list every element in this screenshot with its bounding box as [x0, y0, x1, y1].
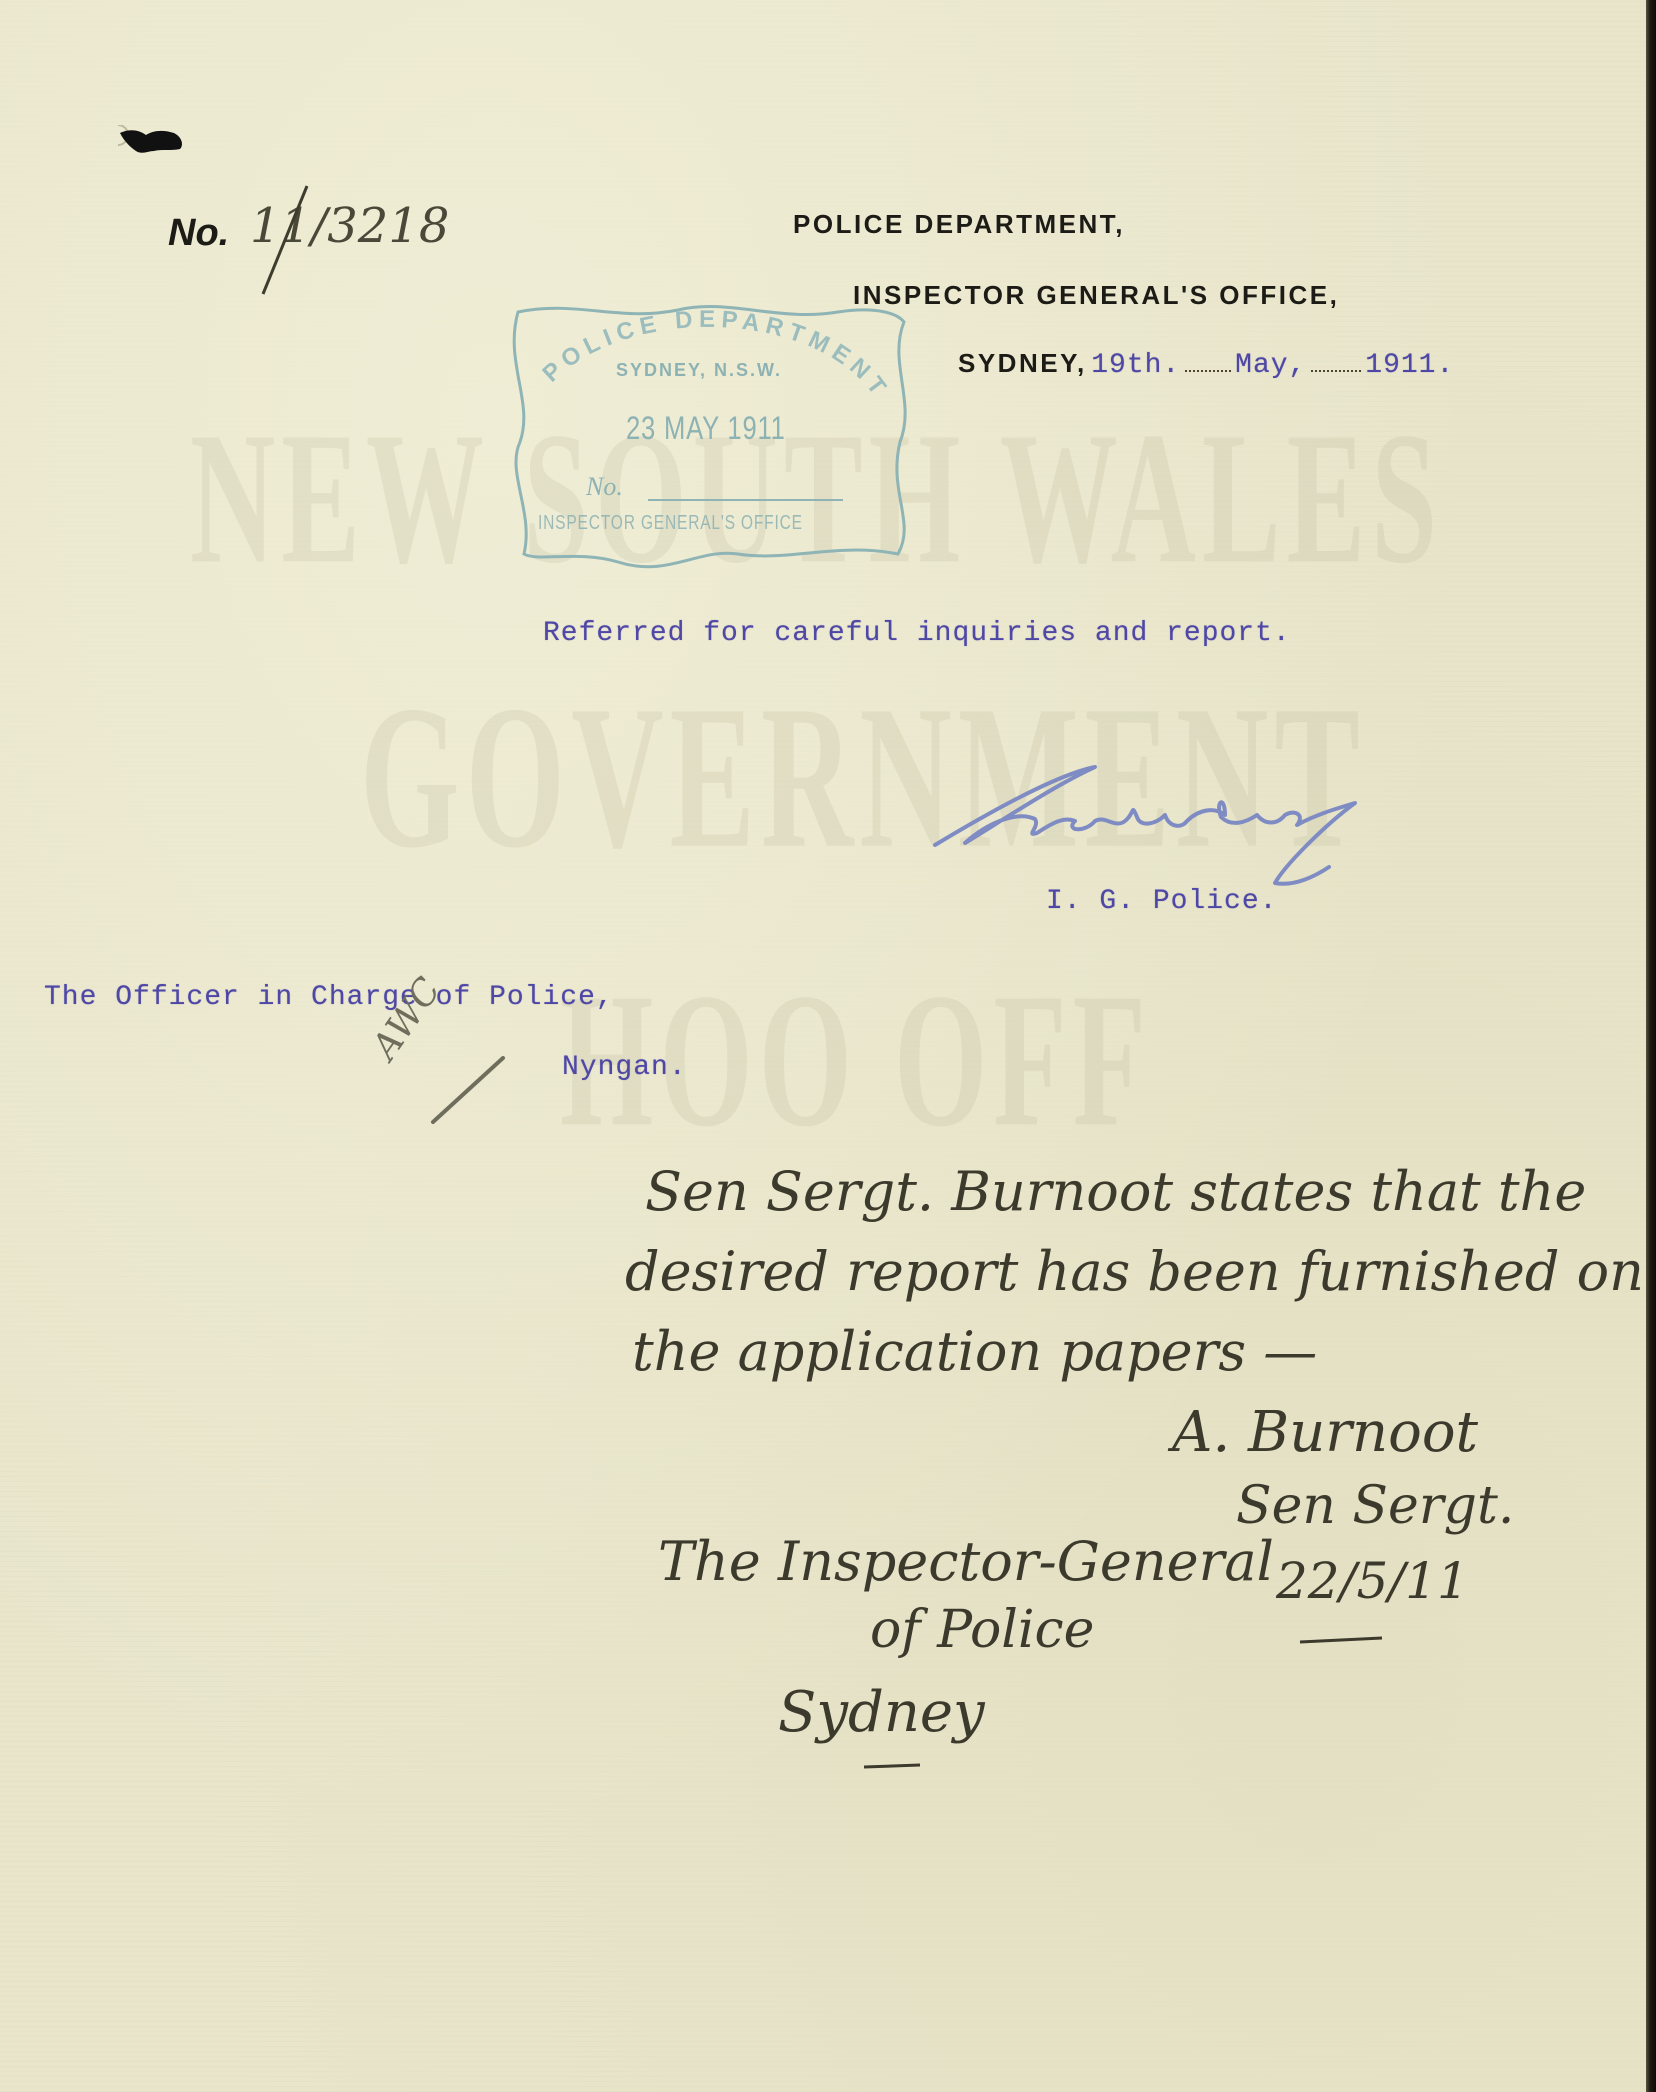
letterhead-date-line: SYDNEY, 19th. May, 1911.: [958, 348, 1454, 381]
document-page: NEW SOUTH WALES GOVERNMENT HOO OFF No. 1…: [0, 0, 1646, 2092]
letterhead-date-day: 19th.: [1091, 350, 1180, 381]
stamp-footer: INSPECTOR GENERAL'S OFFICE: [538, 512, 803, 535]
reply-signature-name: A. Burnoot: [1172, 1400, 1478, 1465]
reply-date: 22/5/11: [1276, 1552, 1469, 1610]
stamp-date: 23 MAY 1911: [626, 410, 786, 447]
date-underline-icon: [1296, 1630, 1396, 1650]
recipient-line-2: of Police: [870, 1600, 1094, 1660]
addressee-line-1: The Officer in Charge of Police,: [44, 982, 614, 1013]
file-number-label: No.: [168, 212, 229, 255]
received-stamp: POLICE DEPARTMENT SYDNEY, N.S.W. 23 MAY …: [498, 292, 918, 574]
page-edge-shadow: [1646, 0, 1656, 2092]
recipient-underline-icon: [860, 1755, 940, 1785]
letterhead-date-month: May,: [1235, 350, 1306, 381]
stamp-number-label: No.: [586, 472, 623, 502]
file-number-slash-icon: [255, 182, 315, 302]
dotted-leader: [1311, 370, 1361, 372]
initials-stroke-icon: [425, 1050, 515, 1130]
recipient-line-1: The Inspector-General: [658, 1530, 1274, 1593]
addressee-line-2: Nyngan.: [562, 1052, 687, 1083]
instruction-text: Referred for careful inquiries and repor…: [543, 618, 1291, 649]
ig-signature-icon: [925, 755, 1425, 905]
reply-line-3: the application papers —: [632, 1320, 1317, 1383]
stamp-location: SYDNEY, N.S.W.: [616, 360, 782, 381]
ink-blot-icon: [118, 125, 198, 170]
signature-title: I. G. Police.: [1046, 886, 1277, 917]
reply-line-1: Sen Sergt. Burnoot states that the: [645, 1160, 1586, 1223]
letterhead-date-year: 1911.: [1365, 350, 1454, 381]
reply-line-2: desired report has been furnished on: [625, 1240, 1644, 1303]
reply-signature-rank: Sen Sergt.: [1236, 1476, 1514, 1536]
svg-text:POLICE DEPARTMENT: POLICE DEPARTMENT: [537, 306, 894, 405]
recipient-line-3: Sydney: [778, 1680, 985, 1745]
stamp-arc-text: POLICE DEPARTMENT: [537, 306, 894, 405]
letterhead-city: SYDNEY,: [958, 348, 1087, 378]
letterhead-office: INSPECTOR GENERAL'S OFFICE,: [853, 280, 1339, 311]
dotted-leader: [1185, 370, 1231, 372]
letterhead-department: POLICE DEPARTMENT,: [793, 209, 1125, 240]
